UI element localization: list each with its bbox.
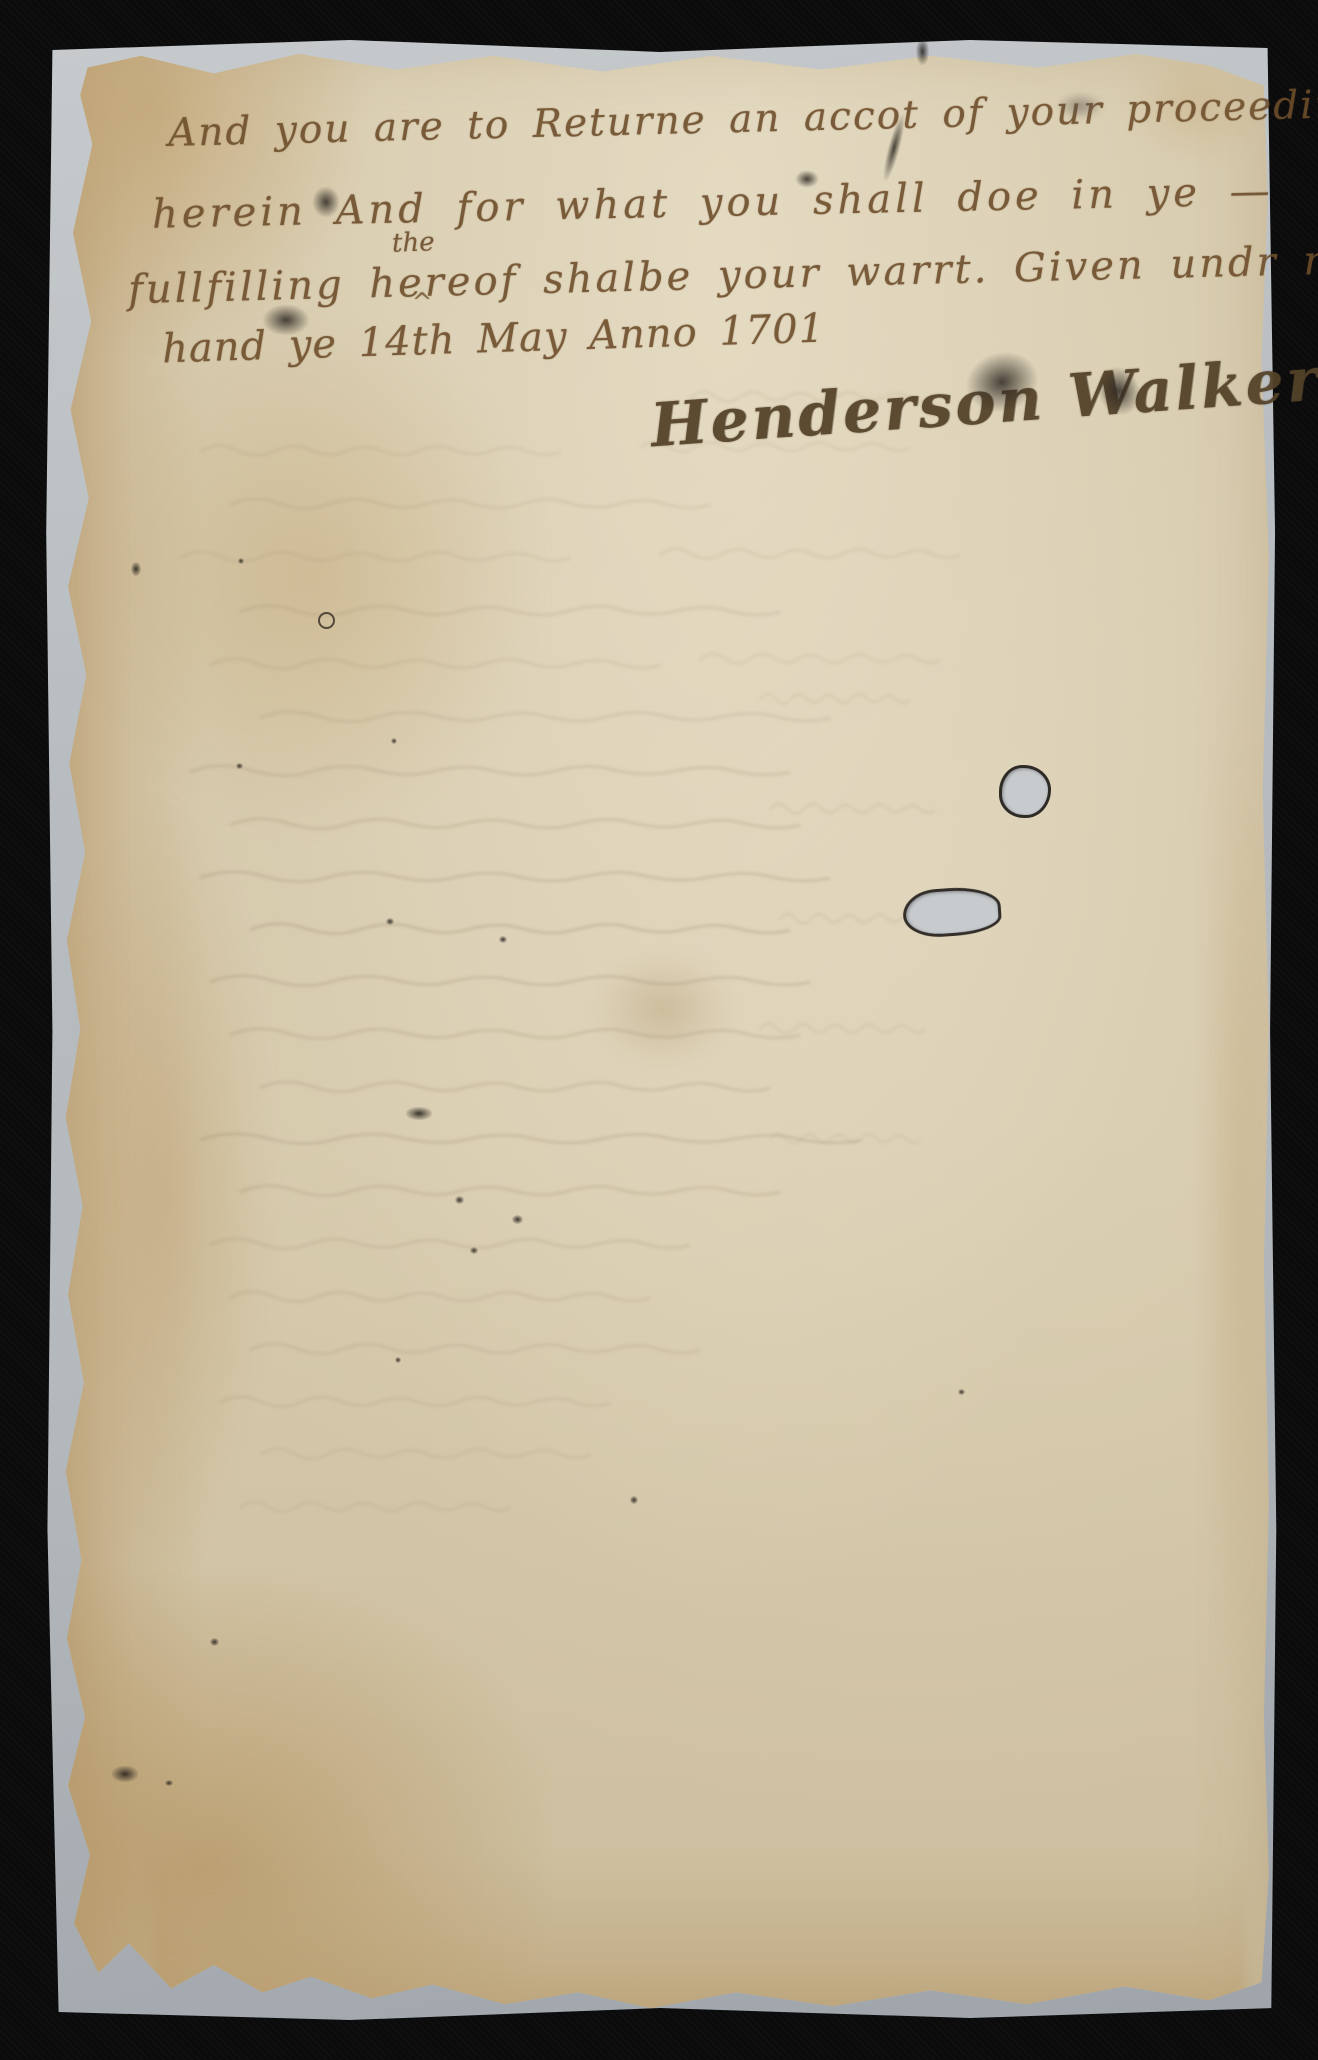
insertion-caret: ^ [412,288,432,316]
ink-smudge [312,186,340,218]
stain-left-lower [56,793,275,1579]
stain-mid-left [80,321,541,832]
ink-smudge [262,304,310,336]
ink-speck [386,918,394,925]
ink-speck [210,1638,219,1646]
ink-speck [238,558,244,564]
ink-speck [165,1780,173,1786]
paper-hole [999,765,1051,818]
ink-speck [406,1107,432,1120]
ink-speck [958,1389,965,1395]
ink-speck [455,1196,464,1204]
ink-speck [395,1357,401,1363]
ink-speck [131,562,141,576]
ink-speck [112,1766,138,1782]
ink-speck [630,1496,638,1504]
gray-smudge [1056,92,1104,120]
ink-smudge [916,38,929,65]
scan-background: { "document_type": "Handwritten manuscri… [0,0,1318,2060]
ink-speck [512,1215,523,1224]
ink-speck [470,1247,478,1254]
scan-area: And you are to Returne an accot of your … [0,0,1318,2060]
stain-center [590,950,736,1068]
ink-speck [236,763,243,769]
ink-speck [499,936,507,943]
ink-smudge [795,170,819,188]
ink-speck [391,738,397,744]
ink-ring-speck [318,612,335,629]
inserted-word: the [391,227,435,258]
